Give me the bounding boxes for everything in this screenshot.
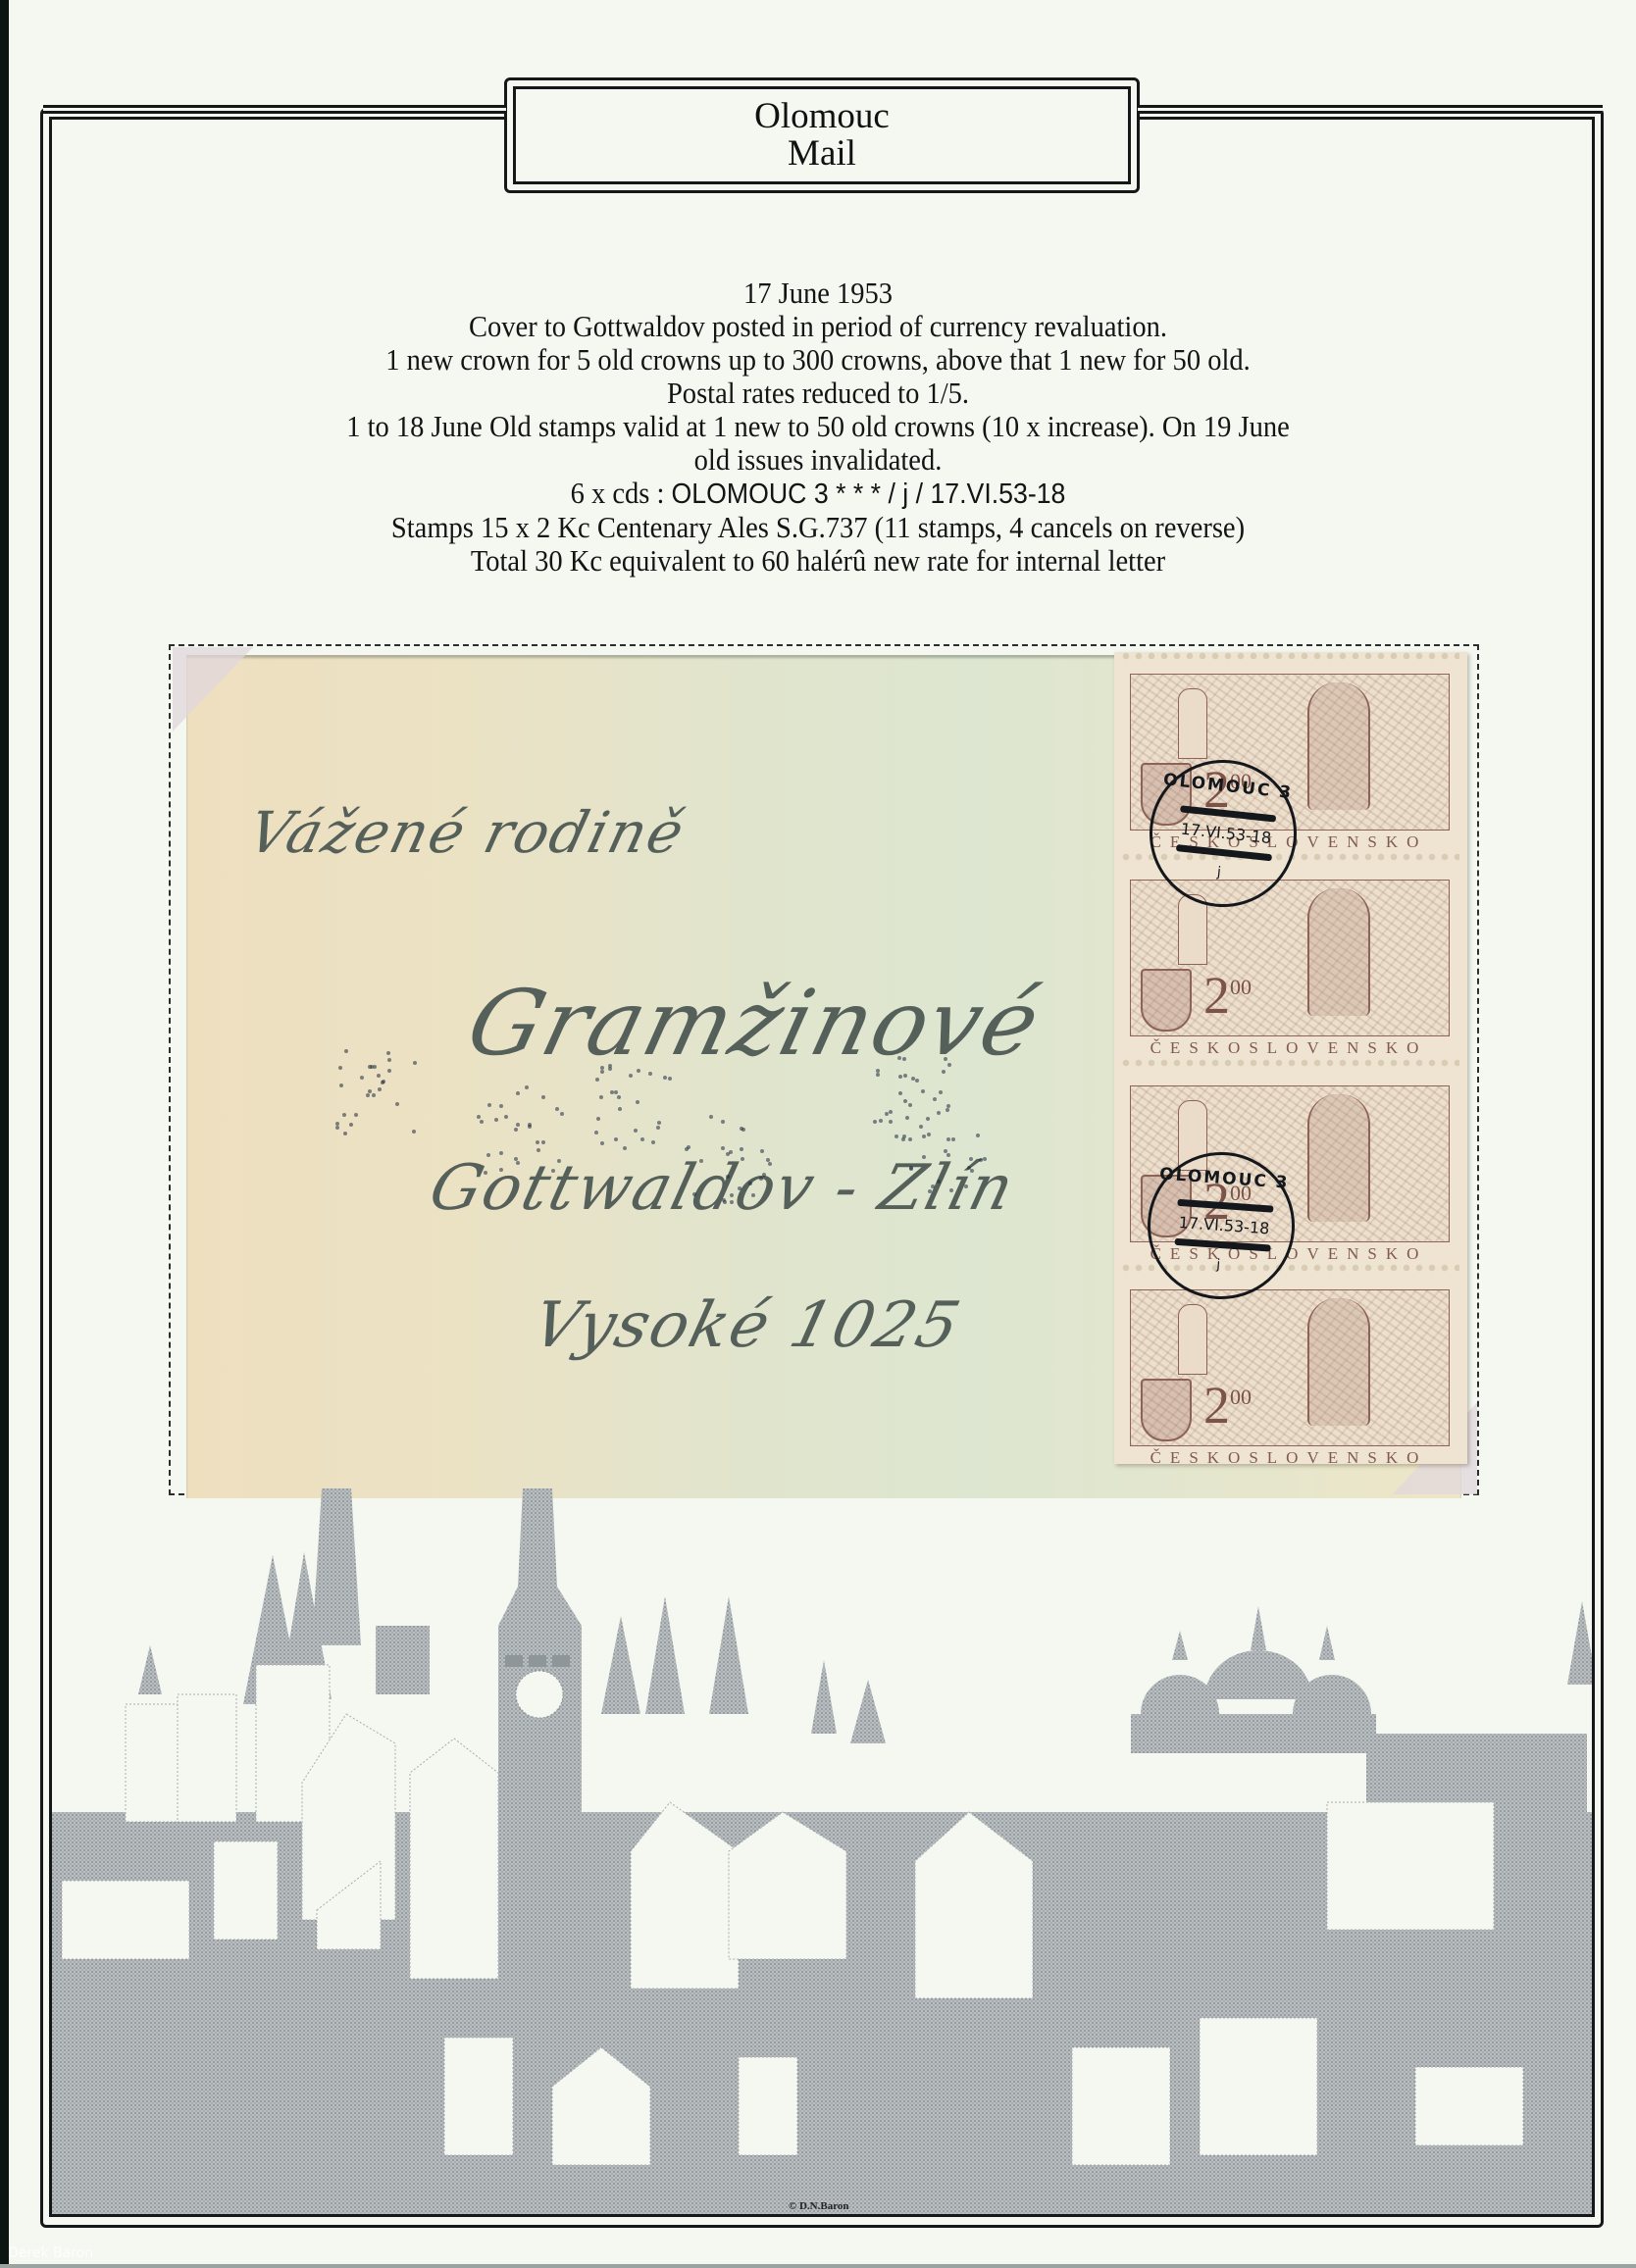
description-line: Postal rates reduced to 1/5.	[156, 377, 1481, 410]
address-line: Vážené rodině	[242, 799, 692, 866]
page-title: Olomouc	[754, 98, 890, 135]
frame-title-connector	[43, 105, 506, 114]
cancel-bar	[1177, 1199, 1273, 1213]
stamp-country: ČESKOSLOVENSKO	[1130, 1448, 1448, 1468]
description-block: 17 June 1953 Cover to Gottwaldov posted …	[156, 277, 1481, 578]
description-line: 1 new crown for 5 old crowns up to 300 c…	[156, 343, 1481, 377]
cancel-bar	[1175, 1238, 1271, 1252]
cds-line: 6 x cds : OLOMOUC 3 * * * / j / 17.VI.53…	[156, 477, 1481, 511]
page-subtitle: Mail	[788, 135, 856, 173]
stamp-design: 200	[1130, 880, 1450, 1036]
stamp: 200 ČESKOSLOVENSKO	[1114, 1268, 1467, 1471]
description-line: 1 to 18 June Old stamps valid at 1 new t…	[156, 410, 1481, 443]
title-box-inner: Olomouc Mail	[513, 86, 1131, 184]
stamp: 200 ČESKOSLOVENSKO	[1114, 858, 1467, 1061]
address-line: Gramžinové	[458, 971, 1051, 1076]
scan-edge-bottom	[0, 2264, 1636, 2268]
frame-title-connector	[1138, 105, 1603, 114]
city-skyline-illustration	[52, 1488, 1592, 2214]
stamp-value: 200	[1203, 1375, 1252, 1436]
stamp-design: 200	[1130, 1289, 1450, 1446]
cds-postmark: OLOMOUC 3 * * * / j / 17.VI.53-18	[672, 479, 1066, 510]
scan-edge	[0, 0, 9, 2268]
description-line: old issues invalidated.	[156, 443, 1481, 477]
description-date: 17 June 1953	[156, 277, 1481, 310]
stamp-country: ČESKOSLOVENSKO	[1130, 1038, 1448, 1058]
description-line: Cover to Gottwaldov posted in period of …	[156, 310, 1481, 343]
stamps-line: Stamps 15 x 2 Kc Centenary Ales S.G.737 …	[156, 511, 1481, 544]
cancel-bar	[1176, 844, 1272, 861]
address-line: Vysoké 1025	[526, 1289, 968, 1362]
copyright-credit: © D.N.Baron	[789, 2200, 849, 2212]
stamp-value: 200	[1203, 965, 1252, 1026]
watermark: Derek Baron	[8, 2245, 93, 2261]
total-line: Total 30 Kc equivalent to 60 halérû new …	[156, 544, 1481, 578]
cds-prefix: 6 x cds :	[571, 476, 672, 510]
